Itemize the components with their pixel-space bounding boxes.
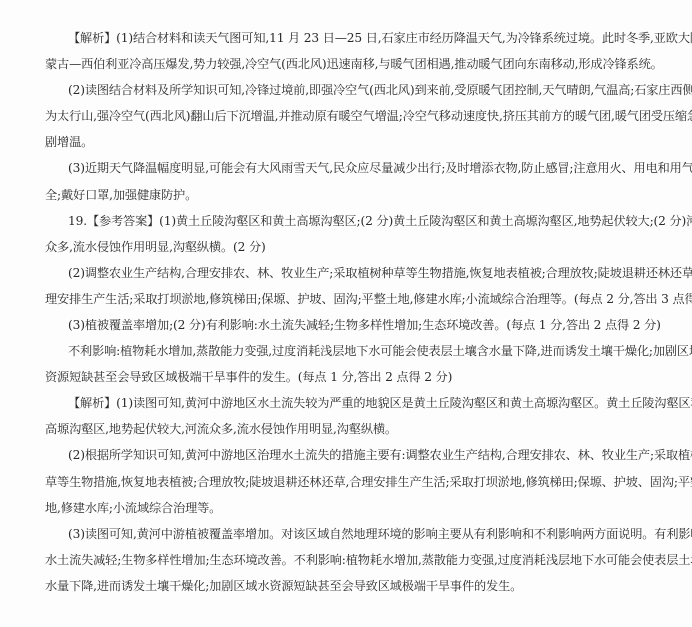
text-line: 资源短缺甚至会导致区域极端干旱事件的发生。(每点 1 分,答出 2 点得 2 分… [45,367,656,387]
text-line: 草等生物措施,恢复地表植被;合理放牧;陡坡退耕还林还草,合理安排生产生活;采取打… [45,472,656,492]
text-line: 【解析】(1)结合材料和读天气图可知,11 月 23 日—25 日,石家庄市经历… [68,28,656,48]
text-line: 理安排生产生活;采取打坝淤地,修筑梯田;保塬、护坡、固沟;平整土地,修建水库;小… [45,289,656,309]
text-line: 全;戴好口罩,加强健康防护。 [45,185,656,205]
text-line: (2)调整农业生产结构,合理安排农、林、牧业生产;采取植树种草等生物措施,恢复地… [68,263,656,283]
text-line: 水量下降,进而诱发土壤干燥化;加剧区域水资源短缺甚至会导致区域极端干旱事件的发生… [45,576,656,596]
text-line: (3)近期天气降温幅度明显,可能会有大风雨雪天气,民众应尽量减少出行;及时增添衣… [68,158,656,178]
text-line: 为太行山,强冷空气(西北风)翻山后下沉增温,并推动原有暖空气增温;冷空气移动速度… [45,106,656,126]
text-line: 不利影响:植物耗水增加,蒸散能力变强,过度消耗浅层地下水可能会使表层土壤含水量下… [68,341,656,361]
text-line: (3)读图可知,黄河中游植被覆盖率增加。对该区域自然地理环境的影响主要从有利影响… [68,524,656,544]
text-line: 众多,流水侵蚀作用明显,沟壑纵横。(2 分) [45,237,656,257]
text-line: 蒙古—西伯利亚冷高压爆发,势力较强,冷空气(西北风)迅速南移,与暖气团相遇,推动… [45,54,656,74]
text-line: 【解析】(1)读图可知,黄河中游地区水土流失较为严重的地貌区是黄土丘陵沟壑区和黄… [68,393,656,413]
document-page: 【解析】(1)结合材料和读天气图可知,11 月 23 日—25 日,石家庄市经历… [0,0,692,627]
text-line: (2)根据所学知识可知,黄河中游地区治理水土流失的措施主要有:调整农业生产结构,… [68,445,656,465]
text-line: (2)读图结合材料及所学知识可知,冷锋过境前,即强冷空气(西北风)到来前,受原暖… [68,80,656,100]
text-line: 剧增温。 [45,132,656,152]
text-line: 水土流失减轻;生物多样性增加;生态环境改善。不利影响:植物耗水增加,蒸散能力变强… [45,550,656,570]
text-line: 地,修建水库;小流域综合治理等。 [45,498,656,518]
text-line: 19.【参考答案】(1)黄土丘陵沟壑区和黄土高塬沟壑区;(2 分)黄土丘陵沟壑区… [68,211,656,231]
text-line: 高塬沟壑区,地势起伏较大,河流众多,流水侵蚀作用明显,沟壑纵横。 [45,419,656,439]
text-line: (3)植被覆盖率增加;(2 分)有利影响:水土流失减轻;生物多样性增加;生态环境… [68,315,656,335]
